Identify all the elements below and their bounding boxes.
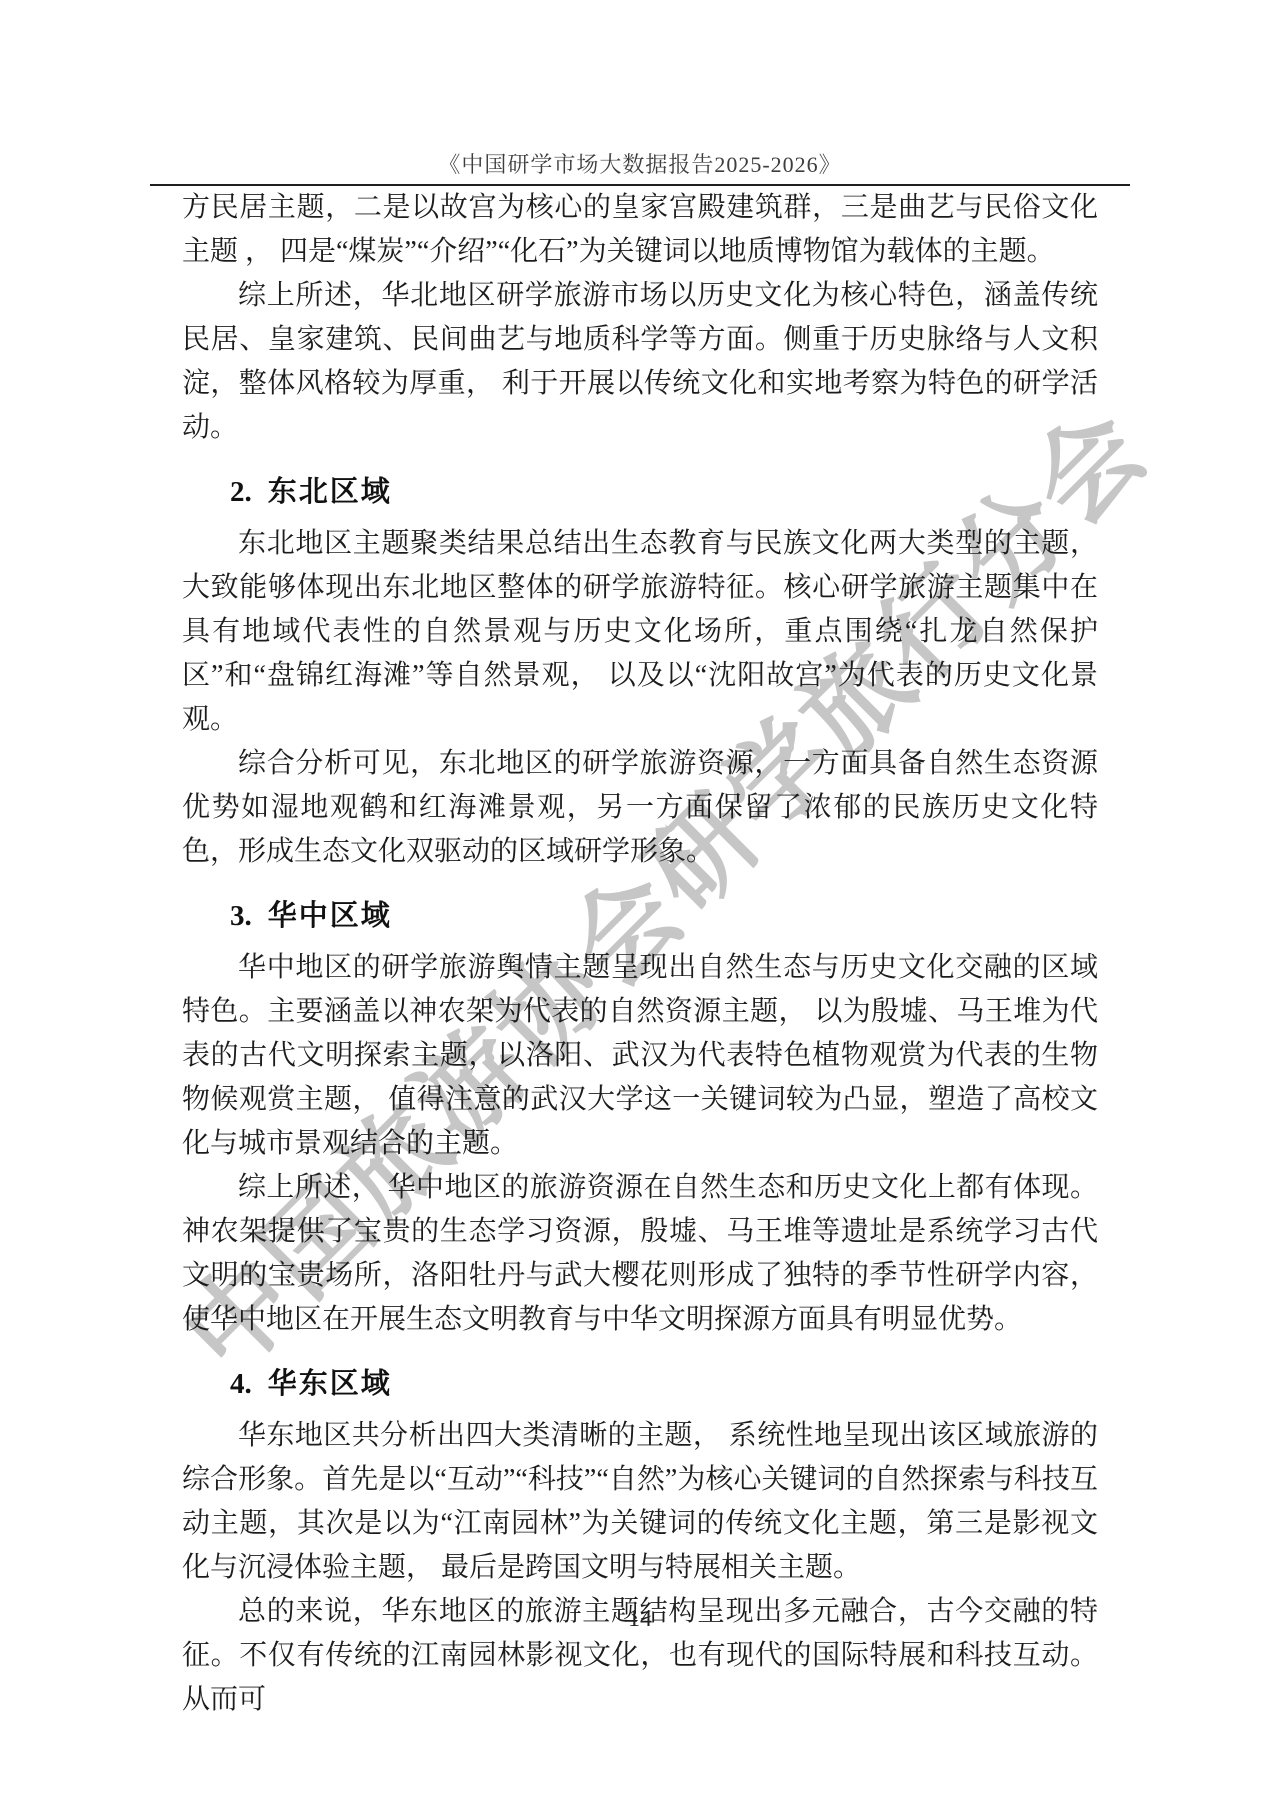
- body-paragraph: 综上所述， 华中地区的旅游资源在自然生态和历史文化上都有体现。神农架提供了宝贵的…: [182, 1166, 1098, 1342]
- page-header-title: 《中国研学市场大数据报告2025-2026》: [0, 148, 1280, 179]
- section-number: 2.: [230, 476, 252, 508]
- section-heading-east-china: 4.华东区域: [182, 1362, 1098, 1406]
- section-number: 3.: [230, 900, 252, 932]
- body-paragraph: 东北地区主题聚类结果总结出生态教育与民族文化两大类型的主题，大致能够体现出东北地…: [182, 522, 1098, 742]
- section-heading-central-china: 3.华中区域: [182, 894, 1098, 938]
- section-number: 4.: [230, 1368, 252, 1400]
- document-page: 中国旅游协会研学旅行分会 《中国研学市场大数据报告2025-2026》 方民居主…: [0, 0, 1280, 1809]
- body-paragraph: 方民居主题，二是以故宫为核心的皇家宫殿建筑群，三是曲艺与民俗文化主题 ， 四是“…: [182, 186, 1098, 274]
- body-paragraph: 综上所述，华北地区研学旅游市场以历史文化为核心特色，涵盖传统民居、皇家建筑、民间…: [182, 274, 1098, 450]
- body-paragraph: 华中地区的研学旅游舆情主题呈现出自然生态与历史文化交融的区域特色。主要涵盖以神农…: [182, 946, 1098, 1166]
- section-heading-northeast: 2.东北区域: [182, 470, 1098, 514]
- body-paragraph: 综合分析可见，东北地区的研学旅游资源，一方面具备自然生态资源优势如湿地观鹤和红海…: [182, 742, 1098, 874]
- header-divider: [150, 184, 1130, 186]
- document-body: 方民居主题，二是以故宫为核心的皇家宫殿建筑群，三是曲艺与民俗文化主题 ， 四是“…: [182, 186, 1098, 1722]
- section-title: 华中区域: [268, 900, 392, 932]
- body-paragraph: 华东地区共分析出四大类清晰的主题， 系统性地呈现出该区域旅游的综合形象。首先是以…: [182, 1414, 1098, 1590]
- page-number: 14: [182, 1606, 1098, 1633]
- section-title: 华东区域: [268, 1368, 392, 1400]
- section-title: 东北区域: [268, 476, 392, 508]
